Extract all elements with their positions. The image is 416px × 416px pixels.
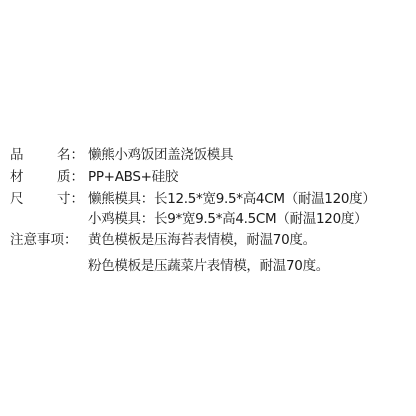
label-char-1: 材: [10, 167, 24, 187]
spec-row-name: 品 名： 懒熊小鸡饭团盖浇饭模具: [0, 145, 416, 165]
spec-value-size-chick: 小鸡模具：长9*宽9.5*高4.5CM（耐温120度）: [88, 209, 367, 229]
spec-row-notes: 注意事项： 黄色模板是压海苔表情模，耐温70度。: [0, 230, 416, 250]
label-char-1: 品: [10, 145, 24, 165]
label-char-2: 寸：: [57, 189, 84, 209]
spec-row-size-2: 小鸡模具：长9*宽9.5*高4.5CM（耐温120度）: [0, 209, 416, 229]
spec-value-size-bear: 懒熊模具：长12.5*宽9.5*高4CM（耐温120度）: [88, 189, 376, 209]
label-char-1: 尺: [10, 189, 24, 209]
spec-value-note-pink: 粉色模板是压蔬菜片表情模，耐温70度。: [88, 256, 329, 276]
spec-row-size: 尺 寸： 懒熊模具：长12.5*宽9.5*高4CM（耐温120度）: [0, 189, 416, 209]
label-notes: 注意事项：: [10, 230, 78, 250]
label-char-2: 质：: [57, 167, 84, 187]
spec-row-material: 材 质： PP+ABS+硅胶: [0, 167, 416, 187]
label-char-2: 名：: [57, 145, 84, 165]
spec-value-note-yellow: 黄色模板是压海苔表情模，耐温70度。: [88, 230, 316, 250]
spec-value-material: PP+ABS+硅胶: [88, 167, 178, 187]
spec-value-name: 懒熊小鸡饭团盖浇饭模具: [88, 145, 233, 165]
spec-row-notes-2: 粉色模板是压蔬菜片表情模，耐温70度。: [0, 256, 416, 276]
